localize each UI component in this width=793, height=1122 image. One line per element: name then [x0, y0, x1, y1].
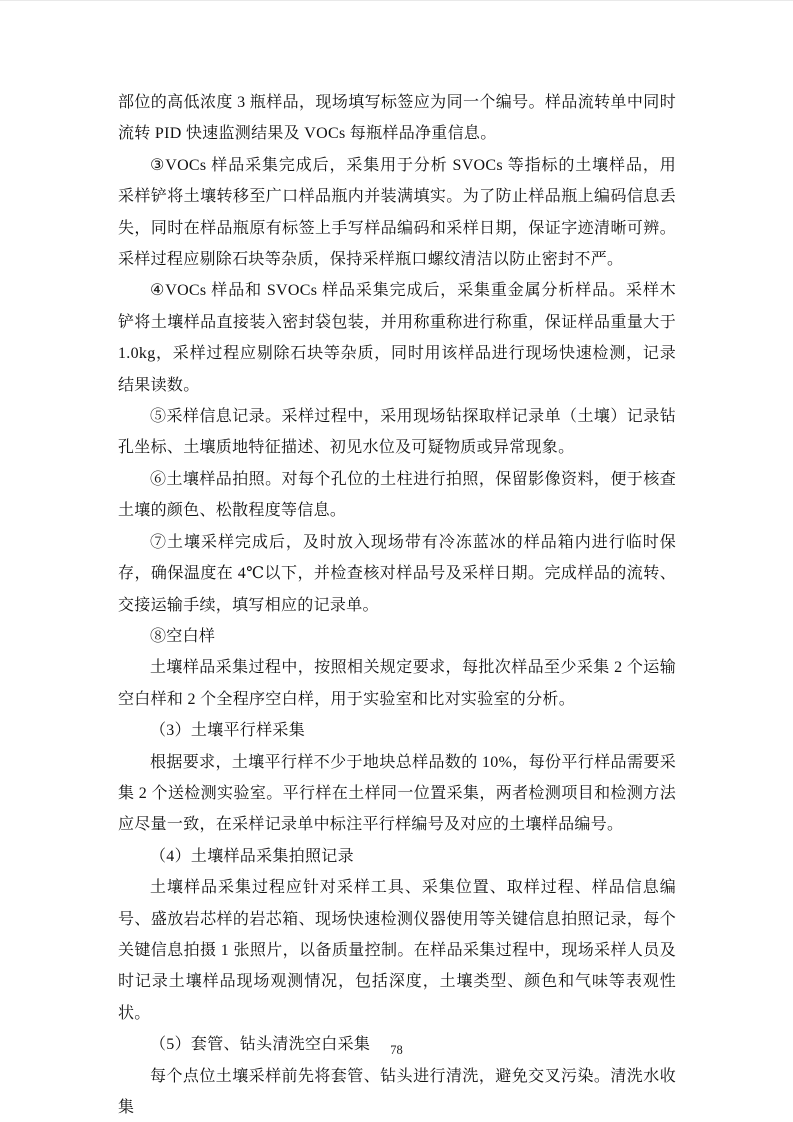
section-heading-4-photo-record: （4）土壤样品采集拍照记录	[118, 841, 676, 872]
paragraph-casing-rinse-body: 每个点位土壤采样前先将套管、钻头进行清洗，避免交叉污染。清洗水收集	[118, 1061, 676, 1122]
paragraph-continuation: 部位的高低浓度 3 瓶样品，现场填写标签应为同一个编号。样品流转单中同时流转 P…	[118, 87, 676, 150]
document-page: 部位的高低浓度 3 瓶样品，现场填写标签应为同一个编号。样品流转单中同时流转 P…	[0, 0, 793, 1122]
page-footer: 78	[0, 1041, 793, 1059]
section-heading-3-parallel-samples: （3）土壤平行样采集	[118, 715, 676, 746]
paragraph-item-8-blank-sample-heading: ⑧空白样	[118, 621, 676, 652]
page-number: 78	[390, 1043, 403, 1057]
paragraph-blank-sample-body: 土壤样品采集过程中，按照相关规定要求，每批次样品至少采集 2 个运输空白样和 2…	[118, 652, 676, 715]
paragraph-item-3-vocs: ③VOCs 样品采集完成后，采集用于分析 SVOCs 等指标的土壤样品，用采样铲…	[118, 150, 676, 276]
page-body-text: 部位的高低浓度 3 瓶样品，现场填写标签应为同一个编号。样品流转单中同时流转 P…	[118, 87, 676, 1122]
paragraph-item-5-sampling-record: ⑤采样信息记录。采样过程中，采用现场钻探取样记录单（土壤）记录钻孔坐标、土壤质地…	[118, 401, 676, 464]
paragraph-item-4-vocs-svocs: ④VOCs 样品和 SVOCs 样品采集完成后，采集重金属分析样品。采样木铲将土…	[118, 275, 676, 401]
paragraph-parallel-samples-body: 根据要求，土壤平行样不少于地块总样品数的 10%，每份平行样品需要采集 2 个送…	[118, 747, 676, 841]
paragraph-item-6-sample-photo: ⑥土壤样品拍照。对每个孔位的土柱进行拍照，保留影像资料，便于核查土壤的颜色、松散…	[118, 464, 676, 527]
paragraph-item-7-sample-storage: ⑦土壤采样完成后，及时放入现场带有冷冻蓝冰的样品箱内进行临时保存，确保温度在 4…	[118, 527, 676, 621]
paragraph-photo-record-body: 土壤样品采集过程应针对采样工具、采集位置、取样过程、样品信息编号、盛放岩芯样的岩…	[118, 872, 676, 1029]
